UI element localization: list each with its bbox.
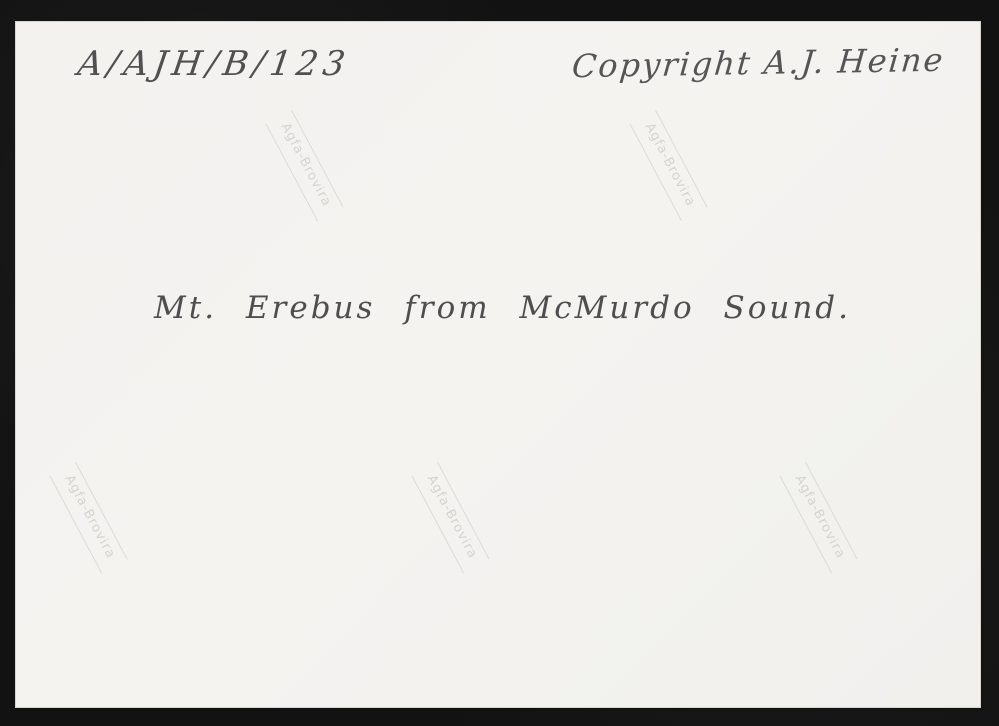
watermark-bottom-center: Agfa-Brovira [412,462,490,573]
watermark-bottom-left: Agfa-Brovira [50,462,128,573]
copyright-notice: Copyright A.J. Heine [570,41,946,86]
watermark-top-right: Agfa-Brovira [630,110,708,221]
photo-caption: Mt. Erebus from McMurdo Sound. [154,290,851,326]
photo-back-paper: A/AJH/B/123 Copyright A.J. Heine Mt. Ere… [16,22,980,707]
archive-reference-number: A/AJH/B/123 [75,44,352,84]
watermark-bottom-right: Agfa-Brovira [780,462,858,573]
watermark-top-left: Agfa-Brovira [266,110,344,221]
